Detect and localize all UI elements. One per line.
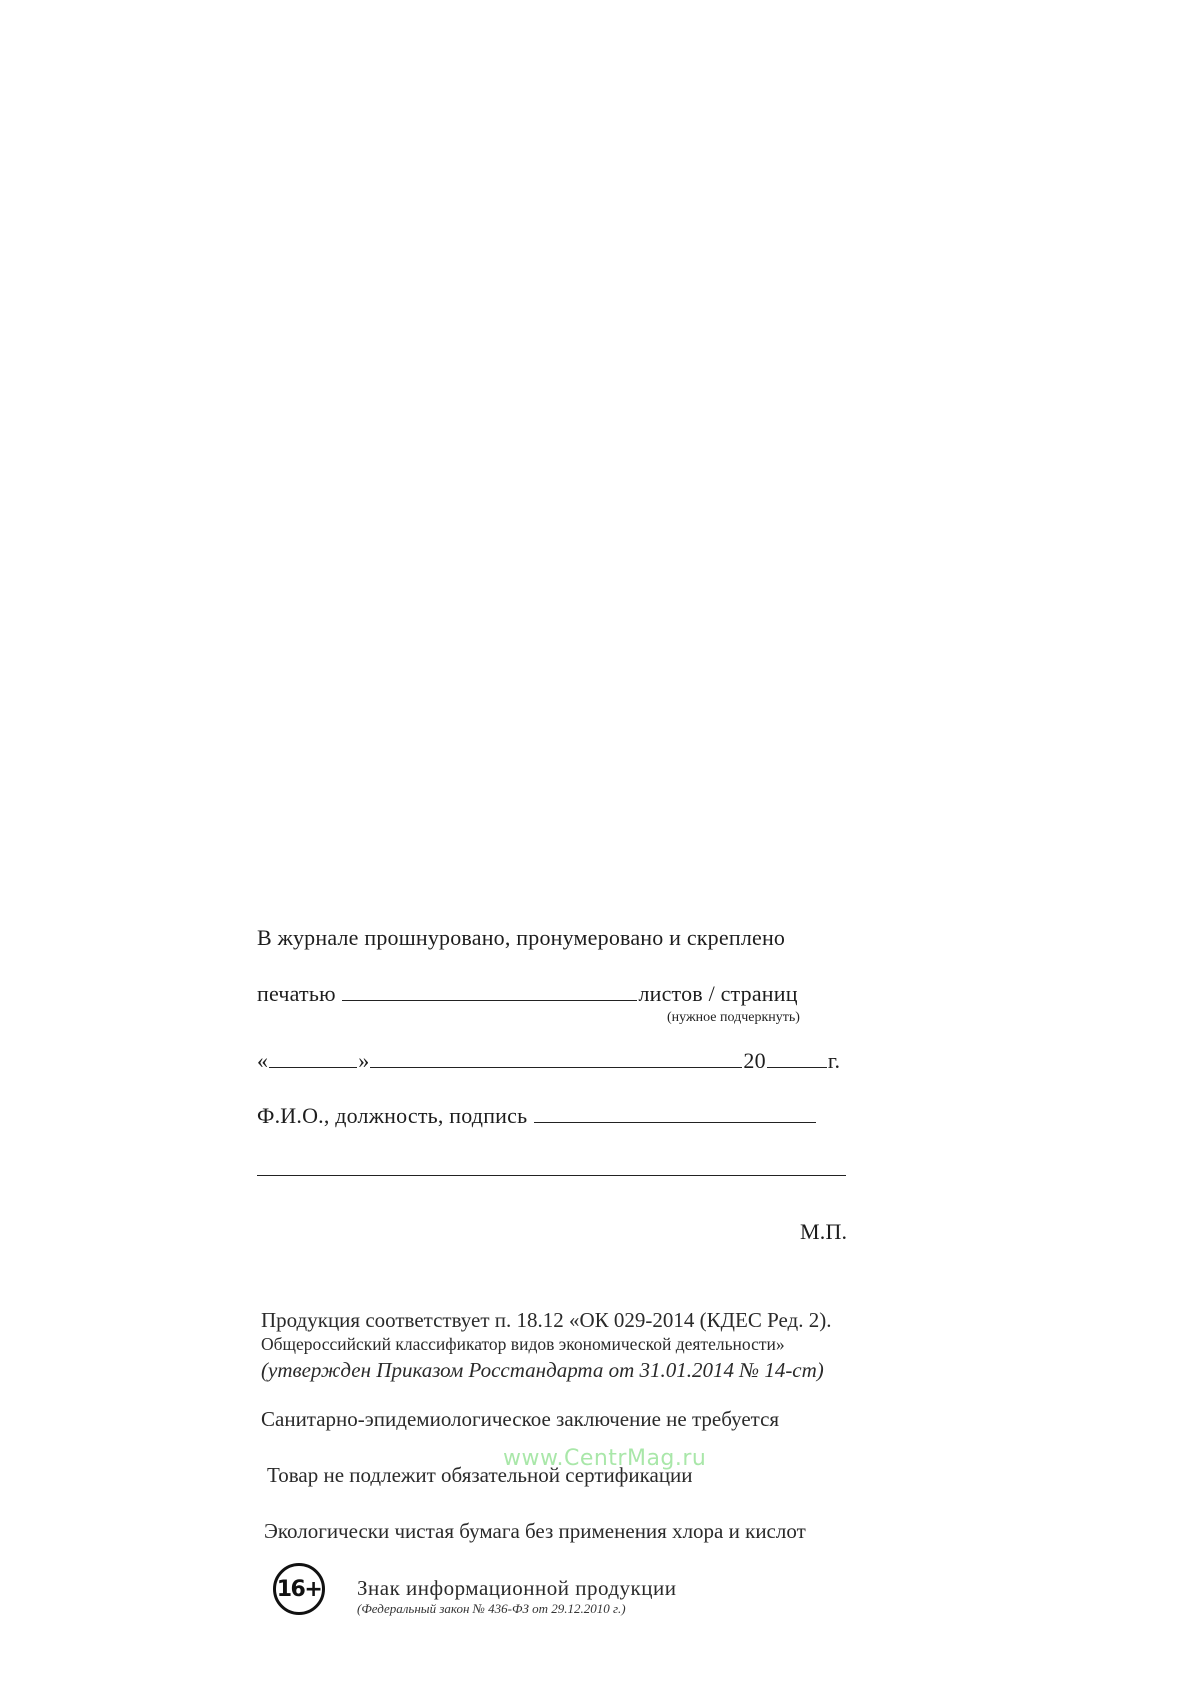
certification-line-2: печатью листов / страниц [257,983,798,1005]
info-product-sign-title: Знак информационной продукции [357,1578,676,1599]
year-field[interactable] [767,1066,827,1068]
sheets-pages-label: листов / страниц [638,981,797,1006]
date-open-quote: « [257,1048,268,1073]
underline-hint: (нужное подчеркнуть) [667,1011,800,1025]
federal-law-reference: (Федеральный закон № 436-ФЗ от 29.12.201… [357,1602,626,1615]
seal-label: печатью [257,981,336,1006]
year-prefix: 20 [743,1048,765,1073]
sheet-count-field[interactable] [342,999,637,1001]
day-field[interactable] [269,1066,357,1068]
sanitary-statement: Санитарно-эпидемиологическое заключение … [261,1409,779,1430]
certification-text: В журнале прошнуровано, пронумеровано и … [257,925,785,950]
site-watermark: www.CentrMag.ru [503,1446,706,1471]
month-field[interactable] [370,1066,742,1068]
date-line: «»20г. [257,1050,840,1072]
stamp-place-label: М.П. [800,1221,847,1243]
compliance-line-3: (утвержден Приказом Росстандарта от 31.0… [261,1360,824,1381]
additional-signature-field[interactable] [257,1175,846,1176]
signature-line: Ф.И.О., должность, подпись [257,1105,817,1127]
compliance-line-2: Общероссийский классификатор видов эконо… [261,1336,785,1354]
compliance-line-1: Продукция соответствует п. 18.12 «ОК 029… [261,1310,831,1331]
signature-field[interactable] [534,1121,816,1123]
signature-label: Ф.И.О., должность, подпись [257,1103,527,1128]
ecology-statement: Экологически чистая бумага без применени… [264,1521,806,1542]
certification-line-1: В журнале прошнуровано, пронумеровано и … [257,927,785,949]
document-page: В журнале прошнуровано, пронумеровано и … [0,0,1200,1697]
year-suffix: г. [828,1048,840,1073]
date-close-quote: » [358,1048,369,1073]
age-rating-badge-icon: 16+ [273,1563,325,1615]
